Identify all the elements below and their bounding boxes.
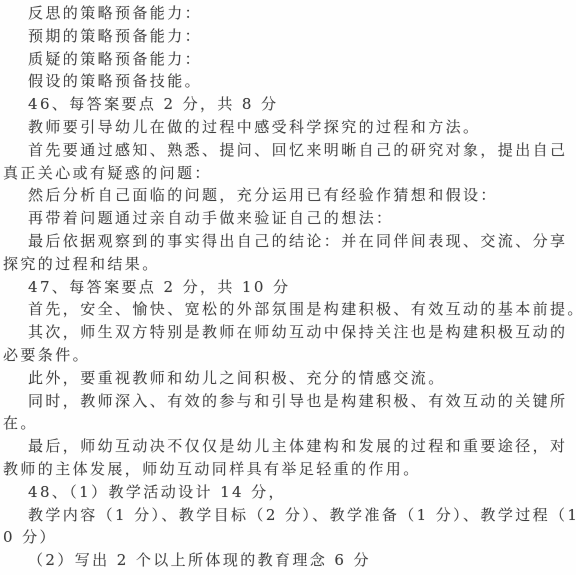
text-line: （2）写出 2 个以上所体现的教育理念 6 分 [3,549,576,572]
text-line: 真正关心或有疑惑的问题： [3,162,576,185]
answer-document: 反思的策略预备能力： 预期的策略预备能力： 质疑的策略预备能力： 假设的策略预备… [0,0,576,572]
text-line: 首先要通过感知、熟悉、提问、回忆来明晰自己的研究对象，提出自己 [3,139,576,162]
text-line: 在。 [3,412,576,435]
text-line: 0 分） [3,526,576,549]
document-page: 反思的策略预备能力： 预期的策略预备能力： 质疑的策略预备能力： 假设的策略预备… [0,0,576,575]
question-heading: 48、（1）教学活动设计 14 分， [3,481,576,504]
text-line: 最后，师幼互动决不仅仅是幼儿主体建构和发展的过程和重要途径，对 [3,435,576,458]
text-line: 最后依据观察到的事实得出自己的结论：并在同伴间表现、交流、分享 [3,230,576,253]
text-line: 此外，要重视教师和幼儿之间积极、充分的情感交流。 [3,367,576,390]
text-line: 其次，师生双方特别是教师在师幼互动中保持关注也是构建积极互动的 [3,321,576,344]
text-line: 必要条件。 [3,344,576,367]
text-line: 探究的过程和结果。 [3,253,576,276]
text-line: 教师的主体发展，师幼互动同样具有举足轻重的作用。 [3,458,576,481]
text-line: 质疑的策略预备能力： [3,48,576,71]
question-heading: 46、每答案要点 2 分，共 8 分 [3,93,576,116]
text-line: 首先，安全、愉快、宽松的外部氛围是构建积极、有效互动的基本前提。 [3,298,576,321]
text-line: 反思的策略预备能力： [3,2,576,25]
question-heading: 47、每答案要点 2 分，共 10 分 [3,276,576,299]
text-line: 同时，教师深入、有效的参与和引导也是构建积极、有效互动的关键所 [3,390,576,413]
text-line: 教学内容（1 分）、教学目标（2 分）、教学准备（1 分）、教学过程（1 [3,504,576,527]
text-line: 假设的策略预备技能。 [3,70,576,93]
text-line: 教师要引导幼儿在做的过程中感受科学探究的过程和方法。 [3,116,576,139]
text-line: 预期的策略预备能力： [3,25,576,48]
text-line: 再带着问题通过亲自动手做来验证自己的想法： [3,207,576,230]
text-line: 然后分析自己面临的问题，充分运用已有经验作猜想和假设： [3,184,576,207]
